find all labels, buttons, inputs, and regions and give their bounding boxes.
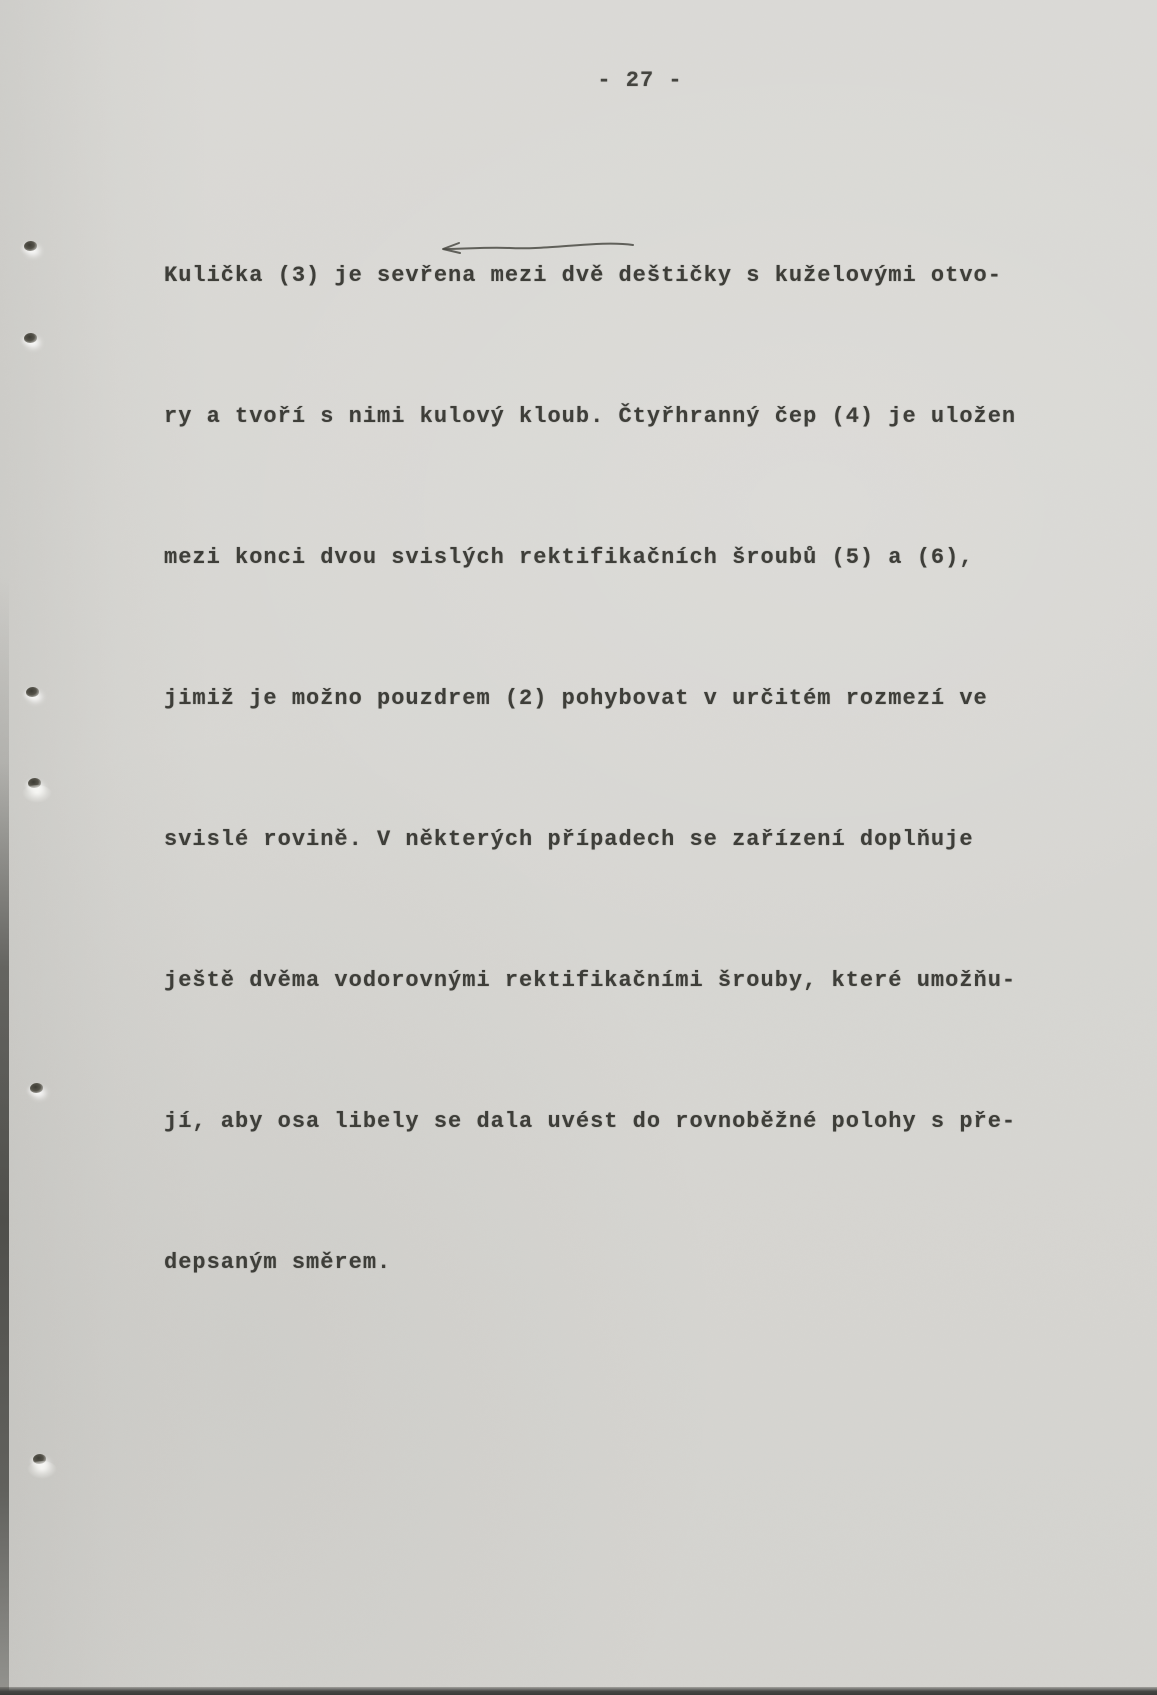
binding-hole-mark bbox=[24, 241, 37, 251]
text-line: Kulička (3) je sevřena mezi dvě deštičky… bbox=[164, 252, 1044, 299]
scan-left-edge-shadow bbox=[0, 0, 9, 1695]
text-line: jimiž je možno pouzdrem (2) pohybovat v … bbox=[164, 675, 1044, 722]
text-line: ještě dvěma vodorovnými rektifikačními š… bbox=[164, 957, 1044, 1004]
body-text: Kulička (3) je sevřena mezi dvě deštičky… bbox=[164, 158, 1044, 1333]
binding-hole-mark bbox=[28, 778, 41, 788]
text-line: jí, aby osa libely se dala uvést do rovn… bbox=[164, 1098, 1044, 1145]
binding-hole-mark bbox=[26, 687, 39, 697]
text-line: ry a tvoří s nimi kulový kloub. Čtyřhran… bbox=[164, 393, 1044, 440]
binding-hole-mark bbox=[24, 333, 37, 343]
scanned-document-page: { "page": { "number_label": "- 27 -", "l… bbox=[0, 0, 1157, 1695]
scan-bottom-edge bbox=[0, 1687, 1157, 1695]
text-line: mezi konci dvou svislých rektifikačních … bbox=[164, 534, 1044, 581]
text-line: svislé rovině. V některých případech se … bbox=[164, 816, 1044, 863]
page-number: - 27 - bbox=[560, 68, 720, 93]
text-line: depsaným směrem. bbox=[164, 1239, 1044, 1286]
binding-hole-mark bbox=[30, 1083, 43, 1093]
binding-hole-mark bbox=[33, 1454, 46, 1464]
